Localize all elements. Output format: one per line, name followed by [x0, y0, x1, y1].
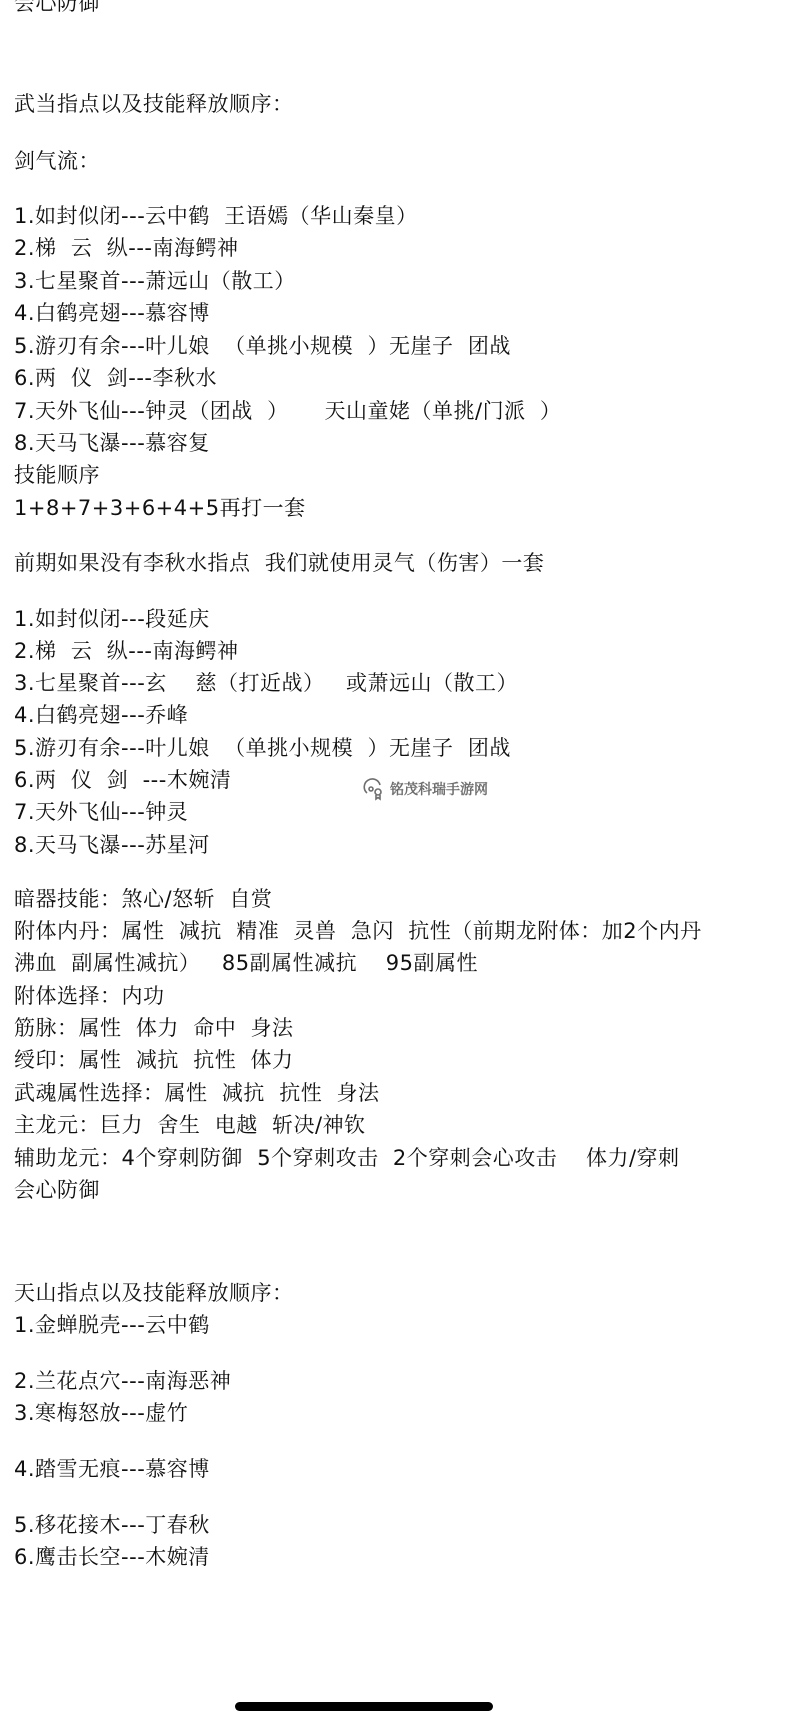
tianshan-item-2: 2.兰花点穴---南海恶神	[14, 1366, 231, 1396]
wudang-list2-item-6: 6.两 仪 剑 ---木婉清	[14, 765, 231, 795]
tianshan-title: 天山指点以及技能释放顺序：	[14, 1278, 294, 1308]
watermark: 铭茂科瑞手游网	[362, 777, 488, 801]
wudang-list2-item-8: 8.天马飞瀑---苏星河	[14, 830, 210, 860]
attr-line-4: 附体选择：内功	[14, 981, 165, 1011]
tianshan-item-4: 4.踏雪无痕---慕容博	[14, 1454, 210, 1484]
attr-line-3: 沸血 副属性减抗） 85副属性减抗 95副属性	[14, 948, 478, 978]
gamepad-ribbon-icon	[362, 777, 386, 801]
home-indicator-bar[interactable]	[235, 1702, 493, 1711]
wudang-list2-item-3: 3.七星聚首---玄 慈（打近战） 或萧远山（散工）	[14, 668, 518, 698]
tianshan-item-3: 3.寒梅怒放---虚竹	[14, 1398, 188, 1428]
tianshan-item-5: 5.移花接木---丁春秋	[14, 1510, 210, 1540]
wudang-list1-item-3: 3.七星聚首---萧远山（散工）	[14, 266, 296, 296]
wudang-list2-item-2: 2.梯 云 纵---南海鳄神	[14, 636, 238, 666]
wudang-list2-item-4: 4.白鹤亮翅---乔峰	[14, 700, 188, 730]
top-partial-line: 会心防御	[14, 0, 100, 18]
tianshan-item-1: 1.金蝉脱壳---云中鹤	[14, 1310, 210, 1340]
wudang-list1-item-7: 7.天外飞仙---钟灵（团战 ） 天山童姥（单挑/门派 ）	[14, 396, 561, 426]
wudang-list1-item-4: 4.白鹤亮翅---慕容博	[14, 298, 210, 328]
alt-intro: 前期如果没有李秋水指点 我们就使用灵气（伤害）一套	[14, 548, 544, 578]
wudang-list1-item-1: 1.如封似闭---云中鹤 王语嫣（华山秦皇）	[14, 201, 418, 231]
tianshan-item-6: 6.鹰击长空---木婉清	[14, 1542, 210, 1572]
attr-line-6: 绶印：属性 减抗 抗性 体力	[14, 1045, 294, 1075]
skill-order-sequence: 1+8+7+3+6+4+5再打一套	[14, 493, 306, 523]
attr-line-7: 武魂属性选择：属性 减抗 抗性 身法	[14, 1078, 380, 1108]
skill-order-label: 技能顺序	[14, 460, 100, 490]
wudang-list2-item-5: 5.游刃有余---叶儿娘 （单挑小规模 ）无崖子 团战	[14, 733, 511, 763]
attr-line-1: 暗器技能：煞心/怒斩 自赏	[14, 884, 272, 914]
wudang-list1-item-6: 6.两 仪 剑---李秋水	[14, 363, 217, 393]
attr-line-5: 筋脉：属性 体力 命中 身法	[14, 1013, 294, 1043]
attr-line-2: 附体内丹：属性 减抗 精准 灵兽 急闪 抗性（前期龙附体：加2个内丹	[14, 916, 702, 946]
attr-line-8: 主龙元：巨力 舍生 电越 斩决/神钦	[14, 1110, 366, 1140]
wudang-title: 武当指点以及技能释放顺序：	[14, 89, 294, 119]
wudang-list1-item-8: 8.天马飞瀑---慕容复	[14, 428, 210, 458]
wudang-list1-item-5: 5.游刃有余---叶儿娘 （单挑小规模 ）无崖子 团战	[14, 331, 511, 361]
attr-line-10: 会心防御	[14, 1175, 100, 1205]
wudang-list2-item-7: 7.天外飞仙---钟灵	[14, 797, 188, 827]
wudang-list2-item-1: 1.如封似闭---段延庆	[14, 604, 210, 634]
wudang-list1-item-2: 2.梯 云 纵---南海鳄神	[14, 233, 238, 263]
wudang-subtitle: 剑气流：	[14, 146, 100, 176]
attr-line-9: 辅助龙元：4个穿刺防御 5个穿刺攻击 2个穿刺会心攻击 体力/穿刺	[14, 1143, 680, 1173]
watermark-text: 铭茂科瑞手游网	[390, 779, 488, 799]
